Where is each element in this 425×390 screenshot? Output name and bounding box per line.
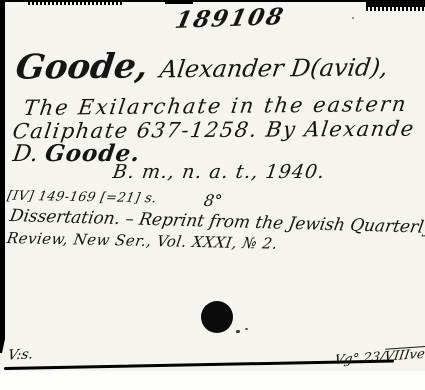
note-line-2: Review, New Ser., Vol. XXXI, № 2. xyxy=(6,229,280,253)
imprint-line: B. m., n. a. t., 1940. xyxy=(111,161,326,183)
scan-edge-top-right-dither xyxy=(366,7,425,11)
bottom-right-shelfmark: Vg° 23/VIIIve xyxy=(333,347,425,368)
scan-edge-top-right xyxy=(366,0,425,7)
shelfmark-main: Vg° 23/ xyxy=(333,350,385,368)
bottom-left-annotation: V:s. xyxy=(7,346,35,363)
punch-hole-dot xyxy=(201,301,233,333)
author-forenames: Alexander D(avid), xyxy=(158,53,389,83)
title-line-1: The Exilarchate in the eastern xyxy=(22,92,409,120)
scan-edge-top-segment xyxy=(165,0,193,4)
scanner-background xyxy=(0,371,425,390)
ink-speck xyxy=(245,328,248,330)
title-author-initial: D. xyxy=(11,141,40,167)
format-mark: 8° xyxy=(203,191,224,210)
author-heading: Goode, Alexander D(avid), xyxy=(16,44,388,87)
scan-edge-top-dither xyxy=(28,1,123,5)
scan-edge-left xyxy=(0,0,5,353)
accession-number: 189108 xyxy=(173,3,288,34)
collation-statement: [IV] 149-169 [=21] s. xyxy=(6,189,158,207)
ink-speck xyxy=(352,17,354,19)
ink-speck xyxy=(236,330,240,333)
shelfmark-suffix: VIIIve xyxy=(383,347,425,365)
author-surname: Goode, xyxy=(13,46,150,87)
library-catalog-card-scan: 189108 Goode, Alexander D(avid), The Exi… xyxy=(0,0,425,390)
